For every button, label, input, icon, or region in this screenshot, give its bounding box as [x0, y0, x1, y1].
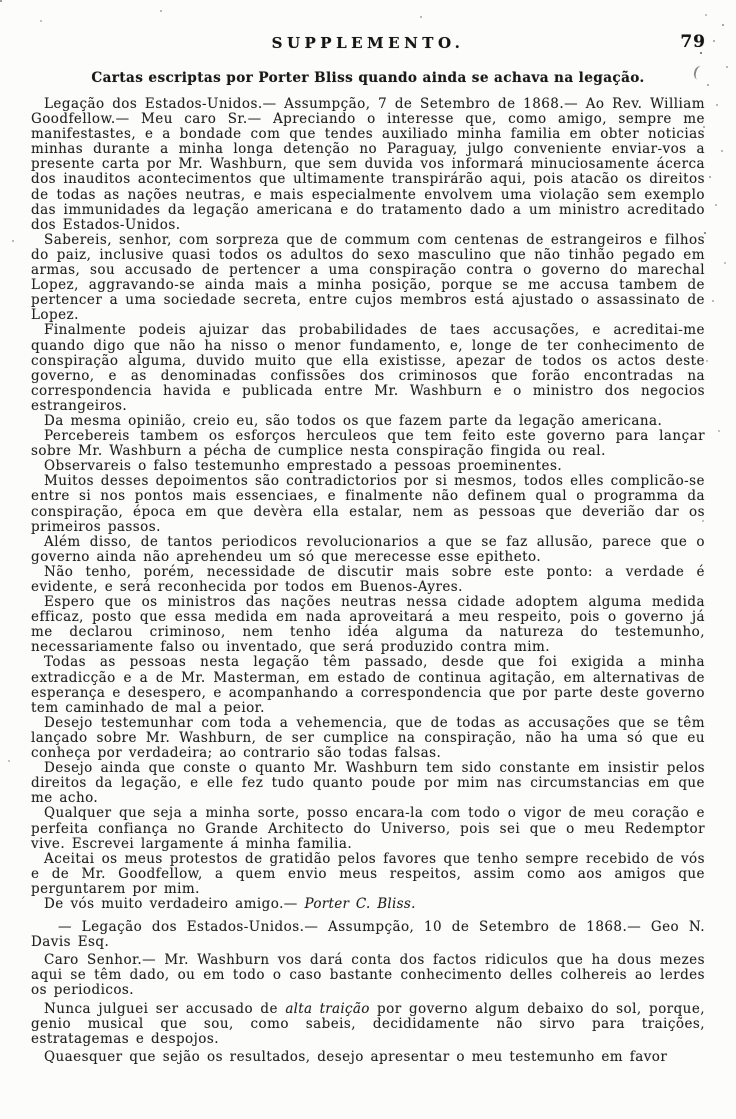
paragraph: Aceitai os meus protestos de gratidão pe… — [31, 852, 705, 897]
paragraph: Qualquer que seja a minha sorte, posso e… — [31, 806, 705, 851]
paragraph: Além disso, de tantos periodicos revoluc… — [31, 535, 705, 565]
italic-segment: alta traição — [285, 1001, 369, 1017]
scanned-book-page: SUPPLEMENTO. 79 Cartas escriptas por Por… — [0, 0, 736, 1119]
paragraph: Legação dos Estados-Unidos.— Assumpção, … — [31, 97, 705, 233]
paragraph: Desejo testemunhar com toda a vehemencia… — [31, 716, 705, 761]
paragraph: Percebereis tambem os esforços herculeos… — [31, 429, 705, 459]
paragraph: Quaesquer que sejão os resultados, desej… — [31, 1050, 705, 1065]
paragraph: De vós muito verdadeiro amigo.— Porter C… — [31, 897, 705, 912]
paragraph: Caro Senhor.— Mr. Washburn vos dará cont… — [31, 953, 705, 998]
paragraph: Finalmente podeis ajuizar das probabilid… — [31, 323, 705, 414]
page-title: SUPPLEMENTO. — [0, 34, 736, 52]
paragraph: Não tenho, porém, necessidade de discuti… — [31, 565, 705, 595]
paragraph: Todas as pessoas nesta legação têm passa… — [31, 655, 705, 715]
paragraph: Muitos desses depoimentos são contradict… — [31, 474, 705, 534]
paragraph: Nunca julguei ser accusado de alta traiç… — [31, 1002, 705, 1047]
section-heading: Cartas escriptas por Porter Bliss quando… — [30, 70, 706, 86]
paragraph: — Legação dos Estados-Unidos.— Assumpção… — [31, 920, 705, 950]
paragraph: Desejo ainda que conste o quanto Mr. Was… — [31, 761, 705, 806]
paragraph: Sabereis, senhor, com sorpreza que de co… — [31, 233, 705, 324]
paragraph: Observareis o falso testemunho emprestad… — [31, 459, 705, 474]
page-number: 79 — [680, 32, 706, 52]
paragraph: Espero que os ministros das nações neutr… — [31, 595, 705, 655]
page-header: SUPPLEMENTO. 79 — [0, 0, 736, 60]
italic-segment: Porter C. Bliss. — [305, 896, 416, 912]
paragraph: Da mesma opinião, creio eu, são todos os… — [31, 414, 705, 429]
letter-body: Legação dos Estados-Unidos.— Assumpção, … — [31, 97, 705, 1065]
